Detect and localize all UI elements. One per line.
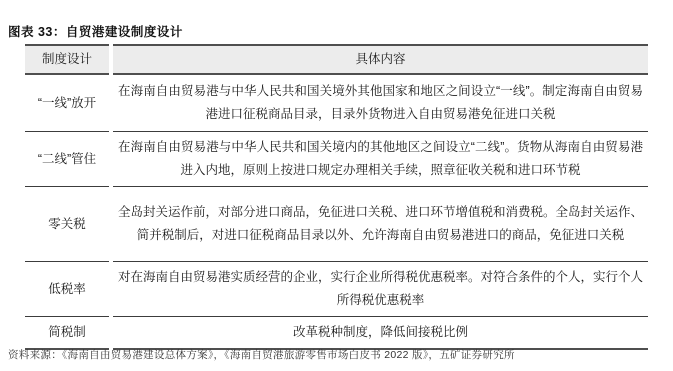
table-row: “一线”放开 在海南自由贸易港与中华人民共和国关境外其他国家和地区之间设立“一线… [25, 75, 648, 132]
table-row: 低税率 对在海南自由贸易港实质经营的企业，实行企业所得税优惠税率。对符合条件的个… [25, 262, 648, 317]
source-note: 资料来源：《海南自由贸易港建设总体方案》，《海南自贸港旅游零售市场白皮书 202… [8, 347, 515, 362]
table-row: 简税制 改革税种制度，降低间接税比例 [25, 317, 648, 350]
row-content: 改革税种制度，降低间接税比例 [113, 317, 648, 350]
figure-caption: 图表 33：自贸港建设制度设计 [8, 22, 183, 40]
table-row: “二线”管住 在海南自由贸易港与中华人民共和国关境内的其他地区之间设立“二线”。… [25, 132, 648, 187]
row-label-first-line-open: “一线”放开 [25, 75, 109, 132]
table-header-row: 制度设计 具体内容 [25, 44, 648, 75]
row-label-second-line-control: “二线”管住 [25, 132, 109, 187]
row-content: 对在海南自由贸易港实质经营的企业，实行企业所得税优惠税率。对符合条件的个人，实行… [113, 262, 648, 317]
row-content: 在海南自由贸易港与中华人民共和国关境内的其他地区之间设立“二线”。货物从海南自由… [113, 132, 648, 187]
row-label-low-tax-rate: 低税率 [25, 262, 109, 317]
policy-design-table: 制度设计 具体内容 “一线”放开 在海南自由贸易港与中华人民共和国关境外其他国家… [21, 44, 652, 350]
row-label-simple-tax-system: 简税制 [25, 317, 109, 350]
row-content: 在海南自由贸易港与中华人民共和国关境外其他国家和地区之间设立“一线”。制定海南自… [113, 75, 648, 132]
header-cell-detail: 具体内容 [113, 44, 648, 75]
row-label-zero-tariff: 零关税 [25, 187, 109, 262]
row-content: 全岛封关运作前，对部分进口商品，免征进口关税、进口环节增值税和消费税。全岛封关运… [113, 187, 648, 262]
table-row: 零关税 全岛封关运作前，对部分进口商品，免征进口关税、进口环节增值税和消费税。全… [25, 187, 648, 262]
header-cell-system-design: 制度设计 [25, 44, 109, 75]
